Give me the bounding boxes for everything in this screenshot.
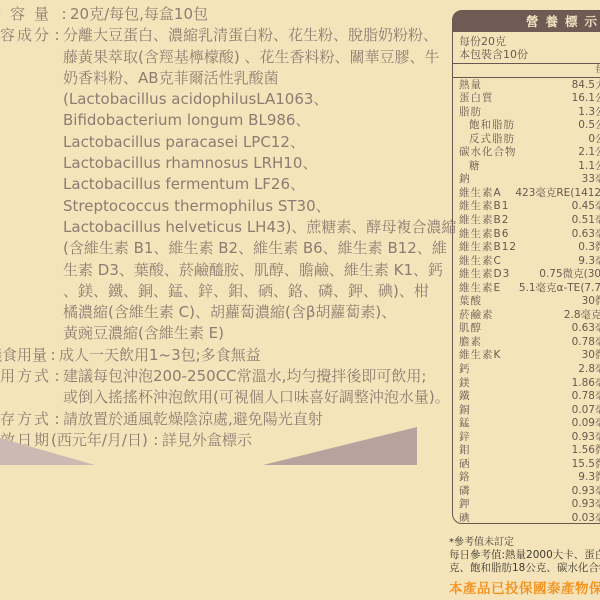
ingredient-line: Lactobacillus fermentum LF26、 — [63, 174, 456, 195]
nutrient-name: 維生素B6 — [459, 228, 509, 242]
nutrition-row: 肌醇0.63毫克 — [459, 322, 600, 336]
nutrient-name: 維生素B12 — [459, 241, 517, 255]
nutrition-row: 糖1.1公克 — [459, 160, 600, 174]
ingredient-line: 黃豌豆濃縮(含維生素 E) — [63, 323, 456, 344]
net-weight-row: 淨容量 : 20克/每包,每盒10包 — [0, 4, 452, 25]
ingredient-line: 生素 D3、葉酸、菸鹼醯胺、肌醇、膽鹼、維生素 K1、鈣 — [63, 260, 456, 281]
nutrient-amount: 0.51毫克 — [572, 214, 600, 228]
nutrient-amount: 30微克 — [582, 349, 600, 363]
nutrient-amount: 0.45毫克 — [572, 200, 600, 214]
nutrition-row: 飽和脂肪0.5公克 — [459, 119, 600, 133]
nutrient-amount: 0.63毫克 — [572, 228, 600, 242]
nutrient-name: 鐵 — [459, 390, 471, 404]
colon: : — [47, 345, 59, 366]
nutrient-name: 維生素K — [459, 349, 501, 363]
nutrition-title: 營養標示 — [453, 11, 600, 32]
colon: : — [150, 430, 162, 451]
nutrient-name: 鈉 — [459, 173, 471, 187]
nutrition-row: 維生素B20.51毫克 — [459, 214, 600, 228]
nutrient-name: 糖 — [459, 160, 481, 174]
nutrient-name: 硒 — [459, 458, 471, 472]
nutrient-name: 維生素A — [459, 187, 502, 201]
nutrient-amount: 0.93毫克 — [572, 498, 600, 512]
nutrition-facts-table: 營養標示 每份20克 本包裝含10份 每份 熱量84.5大卡蛋白質16.1公克脂… — [452, 10, 600, 524]
ingredient-line: Lactobacillus helveticus LH43)、蔗糖素、酵母複合濃… — [63, 217, 456, 238]
nutrient-amount: 30微克 — [582, 295, 600, 309]
nutrient-name: 碳水化合物 — [459, 146, 517, 160]
usage-label: 飲用方式 — [0, 366, 51, 387]
nutrient-amount: 9.3毫克 — [578, 255, 600, 269]
nutrient-name: 脂肪 — [459, 106, 482, 120]
nutrient-name: 膽素 — [459, 336, 482, 350]
nutrient-amount: 0.75微克(30IU) — [539, 268, 600, 282]
ingredient-line: Bifidobacterium longum BL986、 — [63, 110, 456, 131]
daily-reference-line: 克、飽和脂肪18公克、碳水化合物300公克 — [449, 562, 600, 575]
nutrition-row: 維生素B60.63毫克 — [459, 228, 600, 242]
nutrient-amount: 0.93毫克 — [572, 431, 600, 445]
daily-reference-line: 每日參考值:熱量2000大卡、蛋白質60公 — [449, 549, 600, 562]
nutrition-row: 鐵0.78毫克 — [459, 390, 600, 404]
nutrient-amount: 0.93毫克 — [572, 485, 600, 499]
nutrient-name: 蛋白質 — [459, 92, 494, 106]
nutrition-row: 維生素C9.3毫克 — [459, 255, 600, 269]
ingredient-line: 、鎂、鐵、銅、錳、鋅、鉬、硒、鉻、磷、鉀、碘)、柑 — [63, 281, 456, 302]
storage-label: 保存方式 — [0, 409, 51, 430]
expiry-date-format: (西元年/月/日) — [51, 430, 148, 451]
nutrition-row: 碳水化合物2.1公克 — [459, 146, 600, 160]
nutrient-amount: 423毫克RE(1412IU) — [515, 187, 600, 201]
nutrient-name: 維生素B1 — [459, 200, 509, 214]
nutrition-row: 脂肪1.3公克 — [459, 106, 600, 120]
nutrient-name: 菸鹼素 — [459, 309, 494, 323]
ingredient-line: Streptococcus thermophilus ST30、 — [63, 196, 456, 217]
serving-value: 成人一天飲用1~3包;多食無益 — [59, 345, 452, 366]
colon: : — [51, 366, 63, 387]
nutrient-name: 熱量 — [459, 79, 482, 93]
product-info-panel: 淨容量 : 20克/每包,每盒10包 內容成分 : 分離大豆蛋白、濃縮乳清蛋白粉… — [0, 4, 452, 451]
usage-line: 或倒入搖搖杯沖泡飲用(可視個人口味喜好調整沖泡水量)。 — [63, 387, 452, 408]
nutrient-name: 錳 — [459, 417, 471, 431]
per-serving-column-header: 每份 — [453, 63, 600, 78]
nutrition-row: 鈉33毫克 — [459, 173, 600, 187]
nutrient-name: 反式脂肪 — [459, 133, 515, 147]
serving-info: 每份20克 本包裝含10份 — [453, 32, 600, 63]
serving-row: 建議食用量 : 成人一天飲用1~3包;多食無益 — [0, 345, 452, 366]
net-weight-label: 淨容量 — [0, 4, 58, 25]
nutrition-row: 膽素0.78毫克 — [459, 336, 600, 350]
nutrition-row: 蛋白質16.1公克 — [459, 92, 600, 106]
nutrient-amount: 0.03毫克 — [572, 512, 600, 526]
nutrition-rows: 熱量84.5大卡蛋白質16.1公克脂肪1.3公克飽和脂肪0.5公克反式脂肪0公克… — [453, 78, 600, 526]
ingredient-line: 奶香料粉、AB克菲爾活性乳酸菌 — [63, 68, 456, 89]
nutrient-name: 鋅 — [459, 431, 471, 445]
nutrition-row: 維生素D30.75微克(30IU) — [459, 268, 600, 282]
ingredient-line: 橘濃縮(含維生素 C)、胡蘿蔔濃縮(含β胡蘿蔔素)、 — [63, 302, 456, 323]
nutrition-row: 鈣2.8毫克 — [459, 363, 600, 377]
nutrient-amount: 9.3微克 — [578, 471, 600, 485]
nutrition-row: 葉酸30微克 — [459, 295, 600, 309]
nutrition-row: 維生素E5.1毫克α-TE(7.7IU) — [459, 282, 600, 296]
nutrient-name: 銅 — [459, 404, 471, 418]
nutrient-name: 維生素B2 — [459, 214, 509, 228]
insurance-statement: 本產品已投保國泰產物保險二千萬元產品責任險 — [449, 577, 600, 597]
nutrient-amount: 33毫克 — [582, 173, 600, 187]
nutrient-amount: 2.1公克 — [578, 146, 600, 160]
serving-label: 建議食用量 — [0, 345, 47, 366]
nutrient-name: 葉酸 — [459, 295, 482, 309]
nutrition-row: 熱量84.5大卡 — [459, 79, 600, 93]
footnotes: *參考值未訂定 每日參考值:熱量2000大卡、蛋白質60公 克、飽和脂肪18公克… — [449, 536, 600, 597]
colon: : — [51, 25, 63, 46]
nutrient-name: 肌醇 — [459, 322, 482, 336]
nutrition-row: 鉀0.93毫克 — [459, 498, 600, 512]
nutrient-name: 磷 — [459, 485, 471, 499]
ingredient-line: 分離大豆蛋白、濃縮乳清蛋白粉、花生粉、脫脂奶粉粉、 — [63, 25, 456, 46]
nutrition-row: 反式脂肪0公克 — [459, 133, 600, 147]
storage-row: 保存方式 : 請放置於通風乾燥陰涼處,避免陽光直射 — [0, 409, 452, 430]
nutrient-amount: 2.8毫克NE — [564, 309, 600, 323]
nutrient-amount: 0.63毫克 — [572, 322, 600, 336]
colon: : — [51, 409, 63, 430]
nutrition-row: 鎂1.86毫克 — [459, 377, 600, 391]
nutrient-amount: 84.5大卡 — [572, 79, 600, 93]
nutrient-name: 維生素C — [459, 255, 502, 269]
nutrition-row: 銅0.07毫克 — [459, 404, 600, 418]
ingredients-text: 分離大豆蛋白、濃縮乳清蛋白粉、花生粉、脫脂奶粉粉、藤黃果萃取(含羥基檸檬酸) 、… — [63, 25, 456, 344]
ingredient-line: Lactobacillus rhamnosus LRH10、 — [63, 153, 456, 174]
nutrition-row: 錳0.09毫克 — [459, 417, 600, 431]
nutrient-amount: 15.5微克 — [572, 458, 600, 472]
nutrient-name: 鉻 — [459, 471, 471, 485]
nutrition-row: 維生素A423毫克RE(1412IU) — [459, 187, 600, 201]
nutrient-amount: 0公克 — [588, 133, 600, 147]
nutrient-amount: 5.1毫克α-TE(7.7IU) — [519, 282, 600, 296]
nutrition-row: 鉻9.3微克 — [459, 471, 600, 485]
nutrition-row: 碘0.03毫克 — [459, 512, 600, 526]
nutrient-name: 維生素E — [459, 282, 501, 296]
nutrient-amount: 0.07毫克 — [572, 404, 600, 418]
net-weight-value: 20克/每包,每盒10包 — [70, 4, 452, 25]
nutrition-row: 維生素B10.45毫克 — [459, 200, 600, 214]
nutrient-amount: 0.5公克 — [578, 119, 600, 133]
servings-per-pack: 本包裝含10份 — [459, 48, 600, 61]
nutrient-name: 鈣 — [459, 363, 471, 377]
ingredient-line: (Lactobacillus acidophilusLA1063、 — [63, 89, 456, 110]
ingredient-line: Lactobacillus paracasei LPC12、 — [63, 132, 456, 153]
nutrient-amount: 0.3微克 — [578, 241, 600, 255]
nutrient-amount: 1.3公克 — [578, 106, 600, 120]
nutrient-name: 鉀 — [459, 498, 471, 512]
product-label: { "left_panel": { "net_weight": {"label"… — [0, 0, 600, 600]
nutrient-amount: 1.86毫克 — [572, 377, 600, 391]
colon: : — [58, 4, 70, 25]
nutrient-amount: 1.56微克 — [572, 444, 600, 458]
nutrition-row: 菸鹼素2.8毫克NE — [459, 309, 600, 323]
ingredients-row: 內容成分 : 分離大豆蛋白、濃縮乳清蛋白粉、花生粉、脫脂奶粉粉、藤黃果萃取(含羥… — [0, 25, 452, 344]
nutrition-row: 鋅0.93毫克 — [459, 431, 600, 445]
nutrient-amount: 1.1公克 — [578, 160, 600, 174]
serving-size: 每份20克 — [459, 35, 600, 48]
usage-line: 建議每包沖泡200-250CC常溫水,均勻攪拌後即可飲用; — [63, 366, 452, 387]
nutrient-amount: 16.1公克 — [572, 92, 600, 106]
nutrient-name: 鎂 — [459, 377, 471, 391]
nutrient-amount: 0.78毫克 — [572, 390, 600, 404]
nutrition-row: 維生素K30微克 — [459, 349, 600, 363]
ingredient-line: (含維生素 B1、維生素 B2、維生素 B6、維生素 B12、維 — [63, 238, 456, 259]
nutrient-amount: 0.78毫克 — [572, 336, 600, 350]
nutrition-row: 磷0.93毫克 — [459, 485, 600, 499]
nutrient-name: 維生素D3 — [459, 268, 510, 282]
nutrient-name: 飽和脂肪 — [459, 119, 515, 133]
nutrient-amount: 0.09毫克 — [572, 417, 600, 431]
storage-value: 請放置於通風乾燥陰涼處,避免陽光直射 — [63, 409, 452, 430]
nutrition-row: 鉬1.56微克 — [459, 444, 600, 458]
nutrition-row: 維生素B120.3微克 — [459, 241, 600, 255]
nutrient-name: 鉬 — [459, 444, 471, 458]
nutrient-name: 碘 — [459, 512, 471, 526]
nutrient-amount: 2.8毫克 — [578, 363, 600, 377]
ingredients-label: 內容成分 — [0, 25, 51, 46]
usage-row: 飲用方式 : 建議每包沖泡200-250CC常溫水,均勻攪拌後即可飲用; 或倒入… — [0, 366, 452, 409]
nutrition-row: 硒15.5微克 — [459, 458, 600, 472]
usage-text: 建議每包沖泡200-250CC常溫水,均勻攪拌後即可飲用; 或倒入搖搖杯沖泡飲用… — [63, 366, 452, 409]
reference-note: *參考值未訂定 — [449, 536, 600, 549]
ingredient-line: 藤黃果萃取(含羥基檸檬酸) 、花生香料粉、關華豆膠、牛 — [63, 47, 456, 68]
